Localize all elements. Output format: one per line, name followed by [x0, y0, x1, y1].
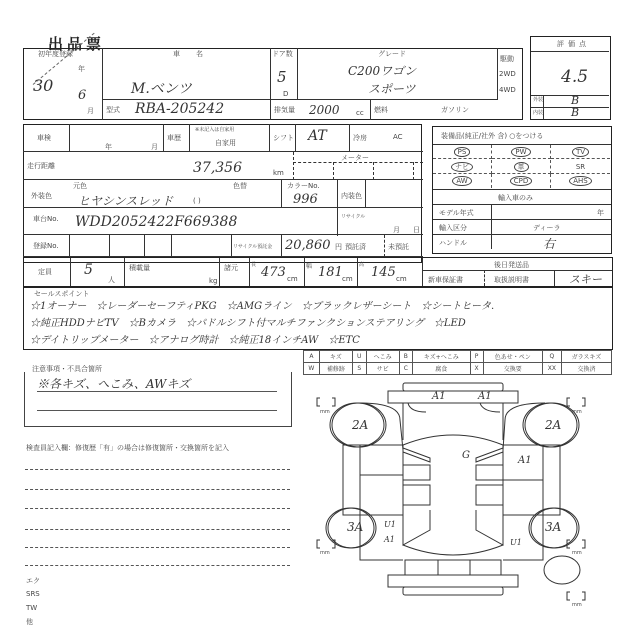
import-only-label: 輸入車のみ	[498, 193, 533, 203]
mark-right-door: A1	[518, 455, 532, 466]
extras-label: 後日発送品	[494, 260, 529, 270]
length-label: 長	[251, 261, 256, 268]
color-code-label: カラーNo.	[287, 181, 320, 191]
ac-value: AC	[393, 133, 403, 141]
doors-label: ドア数	[272, 49, 293, 59]
import-type-label: 輸入区分	[439, 223, 467, 233]
drive-label: 駆動	[500, 54, 514, 64]
inspector-line	[25, 508, 290, 509]
mm-label-fr: mm	[572, 409, 582, 415]
equipment-item[interactable]: PS	[454, 147, 471, 157]
dimensions-label: 諸元	[224, 263, 238, 273]
sale-points-box: セールスポイント ☆1オーナー ☆レーダーセーフティPKG ☆AMGライン ☆ブ…	[23, 287, 613, 350]
legend-cell: X	[470, 363, 483, 375]
capacity-unit: 人	[108, 275, 115, 285]
inspector-label: 検査員記入欄：修復歴「有」の場合は修復箇所・交換箇所を記入	[26, 443, 229, 453]
mark-rear-left-a1: A1	[384, 535, 395, 544]
legend-cell: 補修跡	[319, 363, 352, 375]
first-registration-cell: 初年度登録 30 年 6 月	[23, 48, 103, 120]
model-year-unit: 年	[597, 208, 604, 218]
make-cell: 車名 M.ベンツ	[103, 48, 271, 100]
fuel-value: ガソリン	[441, 105, 469, 115]
width-label: 幅	[306, 261, 312, 270]
chassis-day-unit: 日	[413, 225, 420, 235]
doors-value: 5	[277, 68, 287, 86]
legend-cell: へこみ	[366, 351, 399, 363]
grade-cell: グレード C200ワゴン スポーツ	[298, 48, 498, 100]
sale-point-line-3: ☆デイトリップメーター ☆アナログ時計 ☆純正18インチAW ☆ETC	[30, 331, 360, 346]
extras-value: スキー	[569, 271, 602, 287]
car-damage-diagram	[300, 380, 640, 610]
inspection-month-unit: 月	[151, 142, 158, 152]
extras-warranty: 新車保証書	[428, 275, 463, 285]
legend-cell: XX	[542, 363, 561, 375]
score-box: 評価点 4.5 外装 B 内装 B	[530, 36, 611, 120]
divider	[531, 51, 609, 52]
interior-color-label: 内装色	[341, 191, 362, 201]
score-value: 4.5	[561, 67, 588, 87]
inspection-row: 車検 年 月 車歴 ※未記入は自家用 自家用 シフト AT 冷房 AC	[23, 124, 423, 152]
mileage-label: 走行距離	[27, 161, 55, 171]
recycle-not-deposited[interactable]: 未預託	[388, 242, 409, 252]
height-value: 145	[371, 265, 396, 280]
legend-cell: サビ	[366, 363, 399, 375]
year-unit: 年	[78, 64, 85, 74]
width-value: 181	[318, 265, 343, 280]
inspector-line	[25, 489, 290, 490]
displacement-value: 2000	[309, 103, 340, 117]
inspector-line	[25, 529, 290, 530]
handle-label: ハンドル	[439, 238, 467, 248]
recycle-deposited[interactable]: 預託済	[345, 242, 366, 252]
legend-cell: B	[399, 351, 412, 363]
damage-legend: AキズUへこみBキズ+へこみP色あせ・ペンQガラスキズW補修跡SサビC腐食X交換…	[303, 350, 612, 375]
changed-color-label: 色替	[233, 181, 247, 191]
inspector-line	[25, 547, 290, 548]
legend-cell: A	[304, 351, 320, 363]
color-code-value: 996	[293, 192, 318, 207]
equipment-cell: 革	[492, 160, 551, 174]
color-value: ヒヤシンスレッド	[78, 192, 173, 209]
history-value: 自家用	[215, 138, 236, 148]
mark-tire-front-right: 2A	[545, 418, 561, 432]
registration-row: 登録No. リサイクル預託金 20,860 円 預託済 未預託	[23, 235, 423, 257]
equipment-cell: AW	[433, 174, 492, 188]
fuel-label: 燃料	[374, 105, 388, 115]
equipment-item[interactable]: CPD	[510, 176, 533, 186]
mm-label-rl: mm	[320, 550, 330, 556]
legend-cell: キズ	[319, 351, 352, 363]
equipment-label: 装備品(純正/社外 含) ○をつける	[441, 131, 543, 141]
shift-label: シフト	[273, 133, 294, 143]
equipment-item[interactable]: SR	[576, 163, 585, 171]
equipment-item[interactable]: AHS	[569, 176, 592, 186]
first-registration-month: 6	[78, 88, 86, 103]
grade-line1: C200ワゴン	[348, 62, 416, 79]
fuel-cell: 燃料 ガソリン	[371, 100, 523, 120]
color-row: 外装色 元色 色替 ヒヤシンスレッド ( ) カラーNo. 996 内装色	[23, 180, 423, 208]
exterior-label: 外装	[533, 96, 543, 103]
legend-cell: P	[470, 351, 483, 363]
inspection-label: 車検	[37, 133, 51, 143]
mark-tire-rear-right: 3A	[545, 520, 561, 534]
extras-manual: 取扱説明書	[494, 275, 529, 285]
mark-tire-rear-left: 3A	[347, 520, 363, 534]
legend-cell: 色あせ・ペン	[483, 351, 542, 363]
equipment-box: 装備品(純正/社外 含) ○をつける PSPWTVナビ革SRAWCPDAHS 輸…	[432, 126, 612, 254]
mm-label-spare: mm	[572, 602, 582, 608]
mark-front-bumper-right: A1	[478, 391, 492, 402]
color-paren: ( )	[193, 197, 201, 205]
chassis-month-unit: 月	[393, 225, 400, 235]
make-label: 車名	[173, 49, 219, 59]
legend-cell: S	[352, 363, 366, 375]
model-year-label: モデル年式	[439, 208, 474, 218]
legend-cell: ガラスキズ	[561, 351, 611, 363]
sale-point-line-2: ☆純正HDDナビTV ☆Bカメラ ☆パドルシフト付マルチファンクションステアリン…	[30, 314, 466, 329]
grade-line2: スポーツ	[368, 80, 416, 97]
dimensions-box: 定員 5 人 積載量 kg 諸元 長 473 cm 幅 181 cm 高 145…	[23, 257, 613, 287]
equipment-item[interactable]: AW	[452, 176, 471, 186]
chassis-row: 車台No. WDD2052422F669388 リサイクル 月 日	[23, 208, 423, 235]
height-unit: cm	[396, 275, 407, 283]
bottom-label-1: エク	[26, 576, 40, 586]
equipment-cell: PS	[433, 145, 492, 159]
registration-label: 登録No.	[33, 241, 59, 251]
interior-score: B	[571, 106, 579, 119]
legend-cell: キズ+へこみ	[412, 351, 470, 363]
legend-cell: 交換要	[483, 363, 542, 375]
recycle-unit: 円	[335, 242, 342, 252]
mark-front-bumper-left: A1	[432, 391, 446, 402]
model-cell: 型式 RBA-205242	[103, 100, 271, 120]
equipment-cell: CPD	[492, 174, 551, 188]
legend-cell: 腐食	[412, 363, 470, 375]
make-value: M.ベンツ	[131, 78, 192, 98]
equipment-item[interactable]: TV	[572, 147, 589, 157]
legend-cell: W	[304, 363, 320, 375]
mileage-unit: km	[273, 169, 284, 177]
history-label: 車歴	[167, 133, 181, 143]
displacement-label: 排気量	[274, 105, 295, 115]
bottom-label-2: SRS	[26, 590, 40, 598]
chassis-label: 車台No.	[33, 214, 59, 224]
original-color-label: 元色	[73, 181, 87, 191]
bottom-label-3: TW	[26, 604, 37, 612]
sale-point-line-1: ☆1オーナー ☆レーダーセーフティPKG ☆AMGライン ☆ブラックレザーシート…	[30, 297, 494, 312]
mark-tire-front-left: 2A	[352, 418, 368, 432]
shift-value: AT	[308, 128, 327, 144]
inspector-line	[25, 469, 290, 470]
inspection-year-unit: 年	[105, 142, 112, 152]
drive-4wd: 4WD	[499, 86, 516, 94]
interior-label: 内装	[533, 109, 543, 116]
month-unit: 月	[87, 106, 94, 116]
mileage-row: 走行距離 37,356 km メーター	[23, 152, 423, 180]
equipment-cell: ナビ	[433, 160, 492, 174]
mileage-value: 37,356	[193, 160, 242, 176]
import-type-value: ディーラ	[533, 223, 560, 233]
equipment-item[interactable]: PW	[511, 147, 530, 157]
handle-value: 右	[543, 235, 555, 252]
ac-label: 冷房	[353, 133, 367, 143]
equipment-cell: TV	[551, 145, 610, 159]
capacity-value: 5	[84, 262, 93, 278]
displacement-unit: cc	[356, 109, 364, 117]
mm-label-rr: mm	[572, 550, 582, 556]
equipment-grid: PSPWTVナビ革SRAWCPDAHS	[433, 145, 611, 189]
doors-cell: ドア数 5 D	[271, 48, 298, 100]
drive-2wd: 2WD	[499, 70, 516, 78]
equipment-cell: AHS	[551, 174, 610, 188]
bottom-label-4: 他	[26, 617, 33, 627]
recycle-fee-value: 20,860	[285, 238, 331, 253]
equipment-item[interactable]: 革	[514, 162, 529, 172]
doors-unit: D	[283, 90, 288, 98]
legend-cell: 交換済	[561, 363, 611, 375]
capacity-label: 定員	[38, 267, 52, 277]
recycle-label: リサイクル	[341, 213, 365, 220]
legend-cell: Q	[542, 351, 561, 363]
mark-roof: G	[462, 450, 470, 461]
equipment-cell: SR	[551, 160, 610, 174]
drive-cell: 駆動 2WD 4WD	[498, 48, 523, 100]
notes-box: ※各キズ、へこみ、AWキズ	[24, 372, 292, 427]
length-unit: cm	[287, 275, 298, 283]
divider	[543, 95, 544, 119]
color-label: 外装色	[31, 191, 52, 201]
width-unit: cm	[342, 275, 353, 283]
equipment-cell: PW	[492, 145, 551, 159]
mm-label-fl: mm	[320, 409, 330, 415]
model-value: RBA-205242	[135, 101, 224, 117]
legend-cell: U	[352, 351, 366, 363]
mark-rear-right-u1: U1	[510, 538, 522, 547]
mark-rear-left-u1: U1	[384, 520, 396, 529]
height-label: 高	[359, 261, 364, 268]
first-registration-year: 30	[33, 76, 53, 95]
model-label: 型式	[106, 105, 120, 115]
load-label: 積載量	[129, 263, 150, 273]
inspector-line	[25, 565, 290, 566]
grade-label: グレード	[378, 49, 406, 59]
notes-line-1: ※各キズ、へこみ、AWキズ	[37, 375, 190, 392]
legend-row: W補修跡SサビC腐食X交換要XX交換済	[304, 363, 612, 375]
displacement-cell: 排気量 2000 cc	[271, 100, 371, 120]
history-note: ※未記入は自家用	[195, 126, 234, 133]
length-value: 473	[261, 265, 286, 280]
score-label: 評価点	[557, 39, 590, 49]
equipment-item[interactable]: ナビ	[451, 162, 473, 172]
legend-row: AキズUへこみBキズ+へこみP色あせ・ペンQガラスキズ	[304, 351, 612, 363]
legend-cell: C	[399, 363, 412, 375]
meter-label: メーター	[341, 153, 369, 163]
chassis-value: WDD2052422F669388	[75, 214, 237, 230]
recycle-fee-label: リサイクル預託金	[233, 243, 272, 250]
load-unit: kg	[209, 277, 218, 285]
